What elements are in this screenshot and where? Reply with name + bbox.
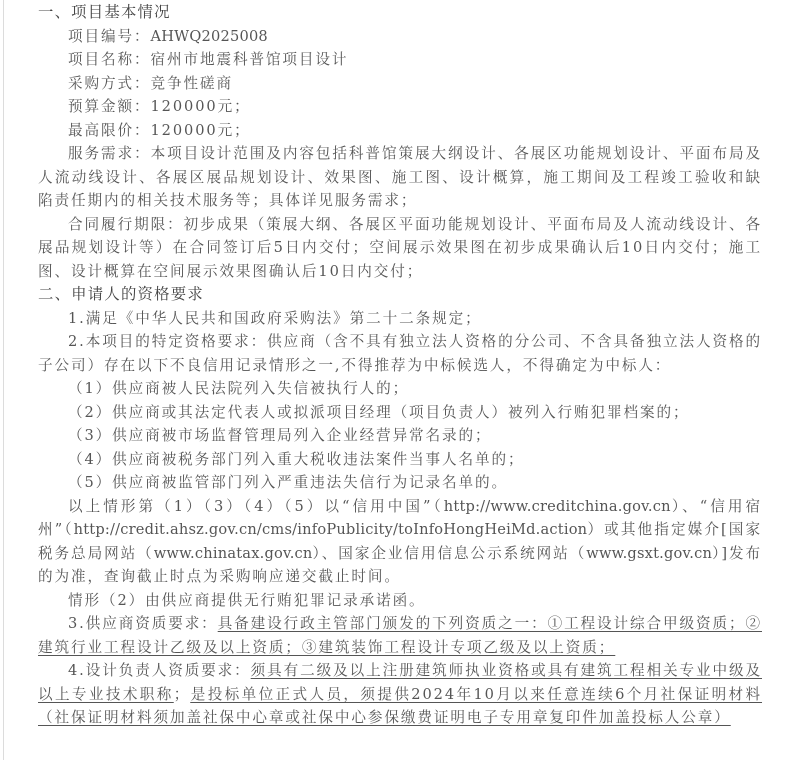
project-name-label: 项目名称： [68, 51, 150, 68]
credit-source-text: 以上情形第（1）（3）（4）（5）以“信用中国”（ [68, 498, 444, 515]
budget-label: 预算金额： [68, 98, 150, 115]
budget-value: 120000元； [150, 98, 250, 115]
bad-credit-case-2: （2）供应商或其法定代表人或拟派项目经理（项目负责人）被列入行贿犯罪档案的； [38, 401, 762, 425]
separator: ； [174, 686, 191, 703]
credit-source-paragraph: 以上情形第（1）（3）（4）（5）以“信用中国”（http://www.cred… [38, 495, 762, 589]
qualification-item-2: 2.本项目的特定资格要求：供应商（含不具有独立法人资格的分公司、不含具备独立法人… [38, 330, 762, 377]
qualification-item-3: 3.供应商资质要求：具备建设行政主管部门颁发的下列资质之一：①工程设计综合甲级资… [38, 612, 762, 659]
procurement-method-label: 采购方式： [68, 75, 150, 92]
section-heading-basic-info: 一、项目基本情况 [38, 1, 762, 25]
credit-source-text: ）、国家企业信用信息公示系统网站（ [313, 545, 587, 562]
contract-period-paragraph: 合同履行期限：初步成果（策展大纲、各展区平面功能规划设计、平面布局及人流动线设计… [38, 213, 762, 284]
qualification-item-4: 4.设计负责人资质要求：须具有二级及以上注册建筑师执业资格或具有建筑工程相关专业… [38, 659, 762, 730]
left-border [3, 0, 4, 760]
bad-credit-case-5: （5）供应商被监管部门列入严重违法失信行为记录名单的。 [38, 471, 762, 495]
contract-period-label: 合同履行期限： [68, 216, 184, 233]
procurement-method-value: 竞争性磋商 [150, 75, 232, 92]
chinatax-url: www.chinatax.gov.cn [154, 545, 313, 562]
project-name-value: 宿州市地震科普馆项目设计 [150, 51, 348, 68]
qualification-item-1: 1.满足《中华人民共和国政府采购法》第二十二条规定； [38, 307, 762, 331]
service-requirement-paragraph: 服务需求：本项目设计范围及内容包括科普馆策展大纲设计、各展区功能规划设计、平面布… [38, 142, 762, 213]
max-price-label: 最高限价： [68, 122, 150, 139]
case-2-note: 情形（2）由供应商提供无行贿犯罪记录承诺函。 [38, 589, 762, 613]
budget-line: 预算金额：120000元； [38, 95, 762, 119]
bad-credit-case-4: （4）供应商被税务部门列入重大税收违法案件当事人名单的； [38, 448, 762, 472]
procurement-method-line: 采购方式：竞争性磋商 [38, 72, 762, 96]
gsxt-url: www.gsxt.gov.cn [586, 545, 712, 562]
document-body: 一、项目基本情况 项目编号：AHWQ2025008 项目名称：宿州市地震科普馆项… [38, 1, 762, 730]
project-number-label: 项目编号： [68, 28, 150, 45]
design-lead-qualification-label: 4.设计负责人资质要求： [68, 662, 251, 679]
creditchina-url: http://www.creditchina.gov.cn [444, 498, 671, 515]
section-heading-qualifications: 二、申请人的资格要求 [38, 283, 762, 307]
project-number-line: 项目编号：AHWQ2025008 [38, 25, 762, 49]
bad-credit-case-3: （3）供应商被市场监督管理局列入企业经营异常名录的； [38, 424, 762, 448]
supplier-qualification-label: 3.供应商资质要求： [68, 615, 218, 632]
project-name-line: 项目名称：宿州市地震科普馆项目设计 [38, 48, 762, 72]
max-price-line: 最高限价：120000元； [38, 119, 762, 143]
project-number-value: AHWQ2025008 [150, 28, 267, 45]
max-price-value: 120000元； [150, 122, 250, 139]
credit-suzhou-url: http://credit.ahsz.gov.cn/cms/infoPublic… [74, 521, 588, 538]
bad-credit-case-1: （1）供应商被人民法院列入失信被执行人的； [38, 377, 762, 401]
service-requirement-label: 服务需求： [68, 145, 151, 162]
